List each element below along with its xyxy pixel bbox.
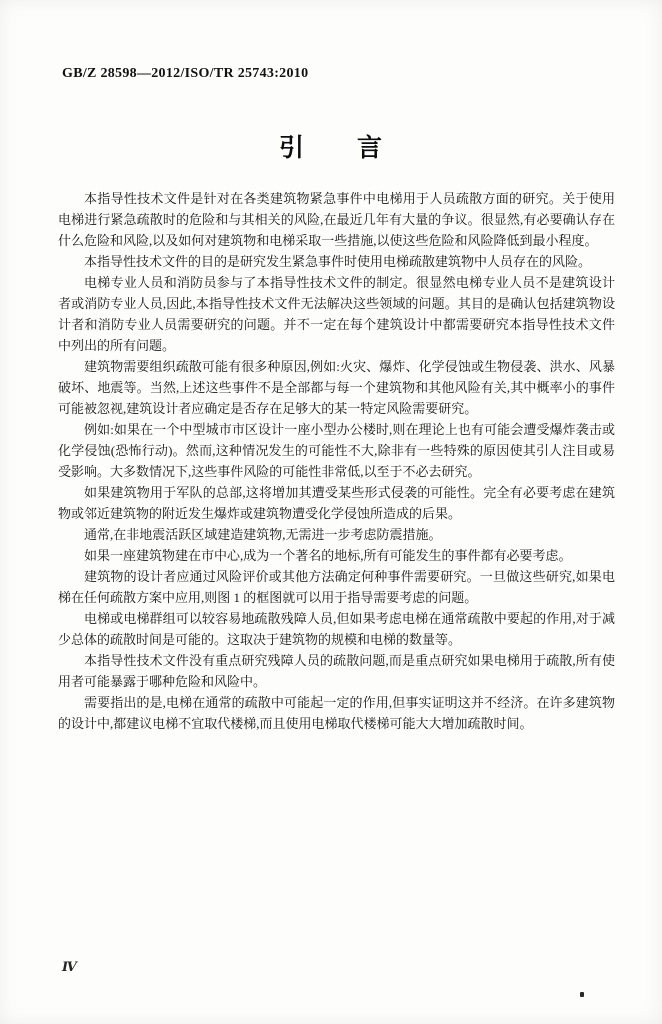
paragraph: 例如:如果在一个中型城市市区设计一座小型办公楼时,则在理论上也有可能会遭受爆炸袭… — [58, 419, 615, 482]
paragraph: 本指导性技术文件没有重点研究残障人员的疏散问题,而是重点研究如果电梯用于疏散,所… — [58, 650, 615, 692]
paragraph: 通常,在非地震活跃区域建造建筑物,无需进一步考虑防震措施。 — [58, 524, 615, 545]
scan-speck — [580, 992, 584, 997]
paragraph: 本指导性技术文件的目的是研究发生紧急事件时使用电梯疏散建筑物中人员存在的风险。 — [58, 251, 615, 272]
paragraph: 电梯或电梯群组可以较容易地疏散残障人员,但如果考虑电梯在通常疏散中要起的作用,对… — [58, 608, 615, 650]
paragraph: 建筑物的设计者应通过风险评价或其他方法确定何种事件需要研究。一旦做这些研究,如果… — [58, 566, 615, 608]
paragraph: 需要指出的是,电梯在通常的疏散中可能起一定的作用,但事实证明这并不经济。在许多建… — [58, 692, 615, 734]
paragraph: 如果建筑物用于军队的总部,这将增加其遭受某些形式侵袭的可能性。完全有必要考虑在建… — [58, 482, 615, 524]
page-number: Ⅳ — [62, 959, 77, 975]
document-body: 本指导性技术文件是针对在各类建筑物紧急事件中电梯用于人员疏散方面的研究。关于使用… — [58, 188, 615, 734]
paragraph: 本指导性技术文件是针对在各类建筑物紧急事件中电梯用于人员疏散方面的研究。关于使用… — [58, 188, 615, 251]
page-title: 引 言 — [0, 128, 662, 164]
paragraph: 建筑物需要组织疏散可能有很多种原因,例如:火灾、爆炸、化学侵蚀或生物侵袭、洪水、… — [58, 356, 615, 419]
standard-number: GB/Z 28598—2012/ISO/TR 25743:2010 — [62, 66, 308, 82]
paragraph: 电梯专业人员和消防员参与了本指导性技术文件的制定。很显然电梯专业人员不是建筑设计… — [58, 272, 615, 356]
document-page: GB/Z 28598—2012/ISO/TR 25743:2010 引 言 本指… — [0, 0, 662, 1024]
paragraph: 如果一座建筑物建在市中心,成为一个著名的地标,所有可能发生的事件都有必要考虑。 — [58, 545, 615, 566]
